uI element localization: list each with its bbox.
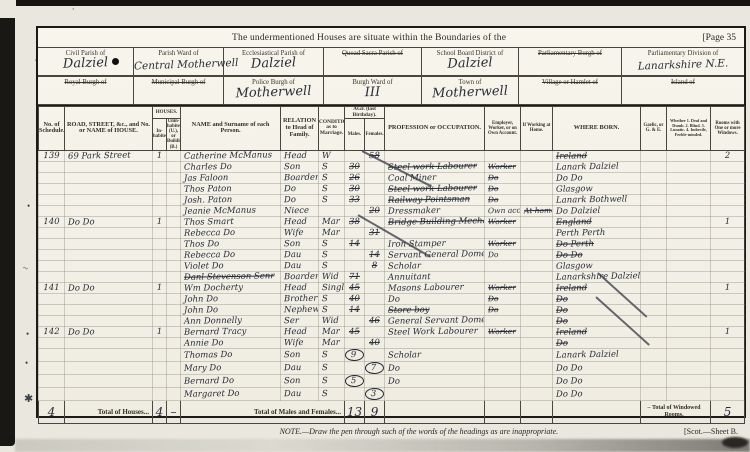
table-row: Thos Do Son S 14 Iron Stamper Worker Do … — [39, 238, 745, 249]
cell-age-female — [365, 194, 385, 205]
cell-address — [65, 194, 153, 205]
table-row: Thos Paton Do S 30 Steel work Labourer D… — [39, 183, 745, 194]
col-occupation: PROFESSION or OCCUPATION. — [385, 107, 485, 151]
col-home: If Working at Home. — [521, 107, 553, 151]
cell-rooms: 1 — [711, 326, 745, 337]
cell-condition: S — [319, 183, 345, 194]
column-headers: No. of Schedule. ROAD, STREET, &c., and … — [39, 107, 745, 151]
margin-mark: ✱ — [24, 392, 33, 405]
cell-relation: Son — [281, 161, 319, 172]
cell-infirmity — [667, 260, 711, 271]
header-field: Village or Hamlet of — [519, 77, 622, 105]
header-field: Parliamentary Division ofLanarkshire N.E… — [622, 48, 744, 76]
margin-mark: ` — [67, 6, 76, 16]
header-field: Parliamentary Burgh of — [519, 48, 622, 76]
cell-name: Annie Do — [181, 337, 281, 348]
header-field-value: Motherwell — [224, 83, 323, 101]
cell-age-male: 71 — [345, 271, 365, 282]
cell-address: Do Do — [65, 216, 153, 227]
cell-employer: Worker — [485, 282, 521, 293]
cell-home — [521, 337, 553, 348]
cell-relation: Son — [281, 238, 319, 249]
cell-employer: Do — [485, 304, 521, 315]
cell-age-female — [365, 374, 385, 387]
cell-schedule — [39, 183, 65, 194]
footer-note-row: NOTE.—Draw the pen through such of the w… — [38, 424, 744, 438]
cell-condition: Wid — [319, 315, 345, 326]
scan-smudge-bottom — [15, 439, 750, 452]
cell-condition: S — [319, 260, 345, 271]
cell-uninhabited — [167, 172, 181, 183]
header-field-label: Village or Hamlet of — [519, 77, 621, 86]
header-field-value: Dalziel — [422, 54, 518, 72]
cell-inhabited: 1 — [153, 216, 167, 227]
header-field: Parish Ward ofCentral Motherwell — [134, 48, 224, 76]
cell-schedule — [39, 260, 65, 271]
cell-rooms — [711, 304, 745, 315]
cell-infirmity — [667, 161, 711, 172]
scan-edge-left — [0, 18, 15, 446]
cell-schedule — [39, 361, 65, 374]
cell-rooms — [711, 293, 745, 304]
cell-occupation: Do — [385, 374, 485, 387]
margin-mark: • — [26, 329, 29, 339]
cell-gaelic — [641, 282, 667, 293]
cell-inhabited — [153, 387, 167, 400]
cell-infirmity — [667, 216, 711, 227]
cell-condition: S — [319, 304, 345, 315]
cell-address — [65, 227, 153, 238]
cell-age-female — [365, 161, 385, 172]
cell-home — [521, 249, 553, 260]
cell-infirmity — [667, 326, 711, 337]
cell-age-female — [365, 282, 385, 293]
header-field: Island of — [622, 77, 744, 105]
table-row: Margaret Do Dau S 3 Do Do — [39, 387, 745, 400]
header-field-label: Municipal Burgh of — [134, 77, 223, 86]
header-field-value: Motherwell — [422, 83, 518, 101]
cell-rooms — [711, 227, 745, 238]
cell-age-male: 26 — [345, 172, 365, 183]
cell-uninhabited — [167, 249, 181, 260]
sheet-label: [Scot.—Sheet B. — [684, 427, 738, 436]
cell-occupation: Dressmaker — [385, 205, 485, 216]
cell-age-male — [345, 315, 365, 326]
cell-uninhabited — [167, 315, 181, 326]
cell-inhabited — [153, 304, 167, 315]
cell-uninhabited — [167, 227, 181, 238]
cell-born: Do Do — [553, 249, 641, 260]
cell-schedule — [39, 271, 65, 282]
cell-uninhabited — [167, 205, 181, 216]
cell-inhabited — [153, 348, 167, 361]
header-field: School Board District ofDalziel — [422, 48, 519, 76]
cell-rooms: 1 — [711, 216, 745, 227]
form-title: The undermentioned Houses are situate wi… — [232, 33, 506, 43]
cell-home — [521, 161, 553, 172]
cell-rooms — [711, 194, 745, 205]
cell-age-female: 8 — [365, 260, 385, 271]
totals-mf-label: Total of Males and Females... — [181, 400, 345, 423]
cell-condition: S — [319, 348, 345, 361]
cell-uninhabited — [167, 161, 181, 172]
col-inhabited: In-habited. — [153, 119, 167, 150]
cell-gaelic — [641, 293, 667, 304]
cell-infirmity — [667, 282, 711, 293]
cell-employer — [485, 315, 521, 326]
totals-empty — [385, 400, 485, 423]
cell-gaelic — [641, 216, 667, 227]
cell-age-female: 46 — [365, 315, 385, 326]
cell-schedule — [39, 172, 65, 183]
cell-schedule — [39, 249, 65, 260]
table-row: Violet Do Dau S 8 Scholar Glasgow — [39, 260, 745, 271]
cell-home — [521, 348, 553, 361]
totals-row: 4 Total of Houses... 4 – Total of Males … — [39, 400, 745, 423]
cell-relation: Wife — [281, 227, 319, 238]
cell-occupation: General Servant Domestic — [385, 315, 485, 326]
cell-age-female — [365, 293, 385, 304]
col-schedule: No. of Schedule. — [39, 107, 65, 151]
cell-infirmity — [667, 387, 711, 400]
cell-age-female: 40 — [365, 337, 385, 348]
header-fields-row2: Royal Burgh ofMunicipal Burgh ofPolice B… — [38, 77, 744, 106]
cell-age-female: 3 — [365, 387, 385, 400]
header-field: Burgh Ward ofIII — [324, 77, 422, 105]
cell-age-male — [345, 249, 365, 260]
margin-mark: ~ — [21, 262, 29, 273]
cell-relation: Head — [281, 150, 319, 161]
cell-inhabited — [153, 249, 167, 260]
cell-address — [65, 315, 153, 326]
cell-address — [65, 172, 153, 183]
cell-gaelic — [641, 260, 667, 271]
cell-schedule — [39, 194, 65, 205]
cell-born: Do — [553, 337, 641, 348]
cell-rooms — [711, 374, 745, 387]
cell-relation: Dau — [281, 361, 319, 374]
cell-infirmity — [667, 183, 711, 194]
cell-relation: Head — [281, 216, 319, 227]
cell-infirmity — [667, 172, 711, 183]
cell-relation: Ser — [281, 315, 319, 326]
cell-age-female — [365, 304, 385, 315]
cell-age-female — [365, 326, 385, 337]
cell-born: Do Do — [553, 361, 641, 374]
cell-relation: Head — [281, 282, 319, 293]
cell-uninhabited — [167, 326, 181, 337]
cell-name: Thos Do — [181, 238, 281, 249]
cell-born: Do Do — [553, 374, 641, 387]
cell-born: Lanark Dalziel — [553, 161, 641, 172]
cell-home — [521, 304, 553, 315]
cell-address: Do Do — [65, 326, 153, 337]
cell-occupation: Masons Labourer — [385, 282, 485, 293]
col-relation: RELATION to Head of Family. — [281, 107, 319, 151]
cell-condition — [319, 205, 345, 216]
cell-employer — [485, 387, 521, 400]
cell-rooms — [711, 249, 745, 260]
cell-relation: Niece — [281, 205, 319, 216]
totals-houses-uninhabited: – — [167, 400, 181, 423]
cell-employer: Do — [485, 249, 521, 260]
cell-home — [521, 183, 553, 194]
cell-home — [521, 227, 553, 238]
cell-rooms — [711, 238, 745, 249]
cell-address — [65, 271, 153, 282]
cell-name: Josh. Paton — [181, 194, 281, 205]
cell-condition: S — [319, 161, 345, 172]
cell-condition: Wid — [319, 271, 345, 282]
cell-uninhabited — [167, 304, 181, 315]
cell-address — [65, 374, 153, 387]
table-row: Mary Do Dau S 7 Do Do Do — [39, 361, 745, 374]
cell-employer: Worker — [485, 326, 521, 337]
col-condition: CONDITION as to Marriage. — [319, 107, 345, 151]
header-field: Ecclesiastical Parish ofDalziel — [224, 48, 324, 76]
cell-condition: Mar — [319, 337, 345, 348]
cell-inhabited — [153, 161, 167, 172]
cell-relation: Son — [281, 374, 319, 387]
cell-relation: Dau — [281, 387, 319, 400]
header-field: Municipal Burgh of — [134, 77, 224, 105]
cell-age-female — [365, 238, 385, 249]
col-employer: Employer, Worker, or on Own Account. — [485, 107, 521, 151]
cell-home — [521, 374, 553, 387]
cell-home — [521, 194, 553, 205]
cell-name: Rebecca Do — [181, 227, 281, 238]
cell-employer — [485, 260, 521, 271]
cell-home — [521, 238, 553, 249]
cell-employer: Worker — [485, 238, 521, 249]
cell-uninhabited — [167, 348, 181, 361]
cell-born: England — [553, 216, 641, 227]
cell-inhabited: 1 — [153, 150, 167, 161]
cell-inhabited — [153, 271, 167, 282]
cell-infirmity — [667, 304, 711, 315]
col-born: WHERE BORN. — [553, 107, 641, 151]
form-title-row: The undermentioned Houses are situate wi… — [38, 28, 744, 48]
cell-uninhabited — [167, 387, 181, 400]
cell-occupation — [385, 337, 485, 348]
cell-address — [65, 348, 153, 361]
cell-home — [521, 387, 553, 400]
cell-relation: Do — [281, 183, 319, 194]
header-field-label: Parish Ward of — [134, 48, 223, 57]
cell-name: Wm Docherty — [181, 282, 281, 293]
cell-occupation: Do — [385, 293, 485, 304]
header-field: Town ofMotherwell — [422, 77, 519, 105]
cell-uninhabited — [167, 271, 181, 282]
cell-born: Do Do — [553, 172, 641, 183]
cell-age-male: 9 — [345, 348, 365, 361]
totals-houses-inhabited: 4 — [153, 400, 167, 423]
cell-infirmity — [667, 205, 711, 216]
cell-uninhabited — [167, 282, 181, 293]
cell-employer: Do — [485, 194, 521, 205]
cell-address — [65, 304, 153, 315]
table-row: Jeanie McManus Niece 20 Dressmaker Own a… — [39, 205, 745, 216]
cell-infirmity — [667, 361, 711, 374]
cell-age-male: 30 — [345, 161, 365, 172]
cell-home — [521, 172, 553, 183]
cell-schedule: 139 — [39, 150, 65, 161]
cell-gaelic — [641, 150, 667, 161]
cell-address — [65, 361, 153, 374]
cell-gaelic — [641, 374, 667, 387]
cell-address — [65, 238, 153, 249]
col-houses: HOUSES. — [153, 107, 181, 119]
cell-gaelic — [641, 361, 667, 374]
cell-rooms — [711, 271, 745, 282]
cell-infirmity — [667, 249, 711, 260]
cell-address: 69 Park Street — [65, 150, 153, 161]
cell-home — [521, 315, 553, 326]
cell-age-female — [365, 271, 385, 282]
cell-relation: Son — [281, 348, 319, 361]
col-age: AGE (last Birthday). — [345, 107, 385, 119]
cell-address — [65, 249, 153, 260]
cell-inhabited — [153, 361, 167, 374]
table-row: Bernard Do Son S 5 Do Do Do — [39, 374, 745, 387]
table-row: 140 Do Do 1 Thos Smart Head Mar 38 Bridg… — [39, 216, 745, 227]
cell-born: Ireland — [553, 326, 641, 337]
table-row: Jas Faloon Boarder S 26 Coal Miner Do Do… — [39, 172, 745, 183]
cell-rooms — [711, 387, 745, 400]
totals-schedule-mark: 4 — [39, 400, 65, 423]
header-field: Civil Parish ofDalziel — [38, 48, 134, 76]
table-row: Ann Donnelly Ser Wid 46 General Servant … — [39, 315, 745, 326]
cell-condition: Mar — [319, 227, 345, 238]
cell-born: Ireland — [553, 150, 641, 161]
cell-condition: S — [319, 293, 345, 304]
scan-edge-top — [14, 0, 750, 6]
cell-uninhabited — [167, 183, 181, 194]
cell-uninhabited — [167, 150, 181, 161]
cell-age-female — [365, 183, 385, 194]
cell-home — [521, 282, 553, 293]
cell-occupation: Annuitant — [385, 271, 485, 282]
col-females: Females. — [365, 119, 385, 150]
header-field-label: Parliamentary Burgh of — [519, 48, 621, 57]
cell-relation: Nephew — [281, 304, 319, 315]
scanned-census-page: ` ˈ • ~ • • ✱ The undermentioned Houses … — [0, 0, 750, 452]
totals-females: 9 — [365, 400, 385, 423]
cell-name: John Do — [181, 304, 281, 315]
cell-rooms — [711, 348, 745, 361]
cell-relation: Boarder — [281, 172, 319, 183]
cell-age-female — [365, 348, 385, 361]
cell-condition: W — [319, 150, 345, 161]
cell-infirmity — [667, 238, 711, 249]
cell-schedule: 142 — [39, 326, 65, 337]
cell-inhabited — [153, 194, 167, 205]
margin-mark: • — [27, 201, 30, 211]
cell-gaelic — [641, 205, 667, 216]
cell-rooms: 2 — [711, 150, 745, 161]
cell-occupation: Railway Pointsman — [385, 194, 485, 205]
cell-schedule — [39, 374, 65, 387]
col-name: NAME and Surname of each Person. — [181, 107, 281, 151]
cell-gaelic — [641, 183, 667, 194]
cell-employer: Do — [485, 293, 521, 304]
cell-age-male: 5 — [345, 374, 365, 387]
cell-name: Thos Smart — [181, 216, 281, 227]
cell-age-male — [345, 260, 365, 271]
header-field-label: Parliamentary Division of — [622, 48, 744, 57]
cell-born: Lanark Dalziel — [553, 348, 641, 361]
cell-name: Violet Do — [181, 260, 281, 271]
cell-occupation: Do — [385, 361, 485, 374]
totals-houses-label: Total of Houses... — [65, 400, 153, 423]
cell-schedule — [39, 304, 65, 315]
cell-rooms — [711, 361, 745, 374]
cell-infirmity — [667, 293, 711, 304]
cell-uninhabited — [167, 361, 181, 374]
cell-rooms — [711, 205, 745, 216]
cell-employer — [485, 271, 521, 282]
cell-condition: S — [319, 194, 345, 205]
footer-note: NOTE.—Draw the pen through such of the w… — [280, 427, 559, 436]
cell-home — [521, 271, 553, 282]
cell-home — [521, 293, 553, 304]
table-row: 139 69 Park Street 1 Catherine McManus H… — [39, 150, 745, 161]
cell-gaelic — [641, 238, 667, 249]
cell-uninhabited — [167, 260, 181, 271]
header-field-value: Central Motherwell — [134, 57, 223, 72]
cell-rooms — [711, 337, 745, 348]
header-field-value: III — [324, 83, 421, 101]
cell-relation: Brother — [281, 293, 319, 304]
cell-relation: Dau — [281, 260, 319, 271]
cell-employer — [485, 361, 521, 374]
cell-schedule — [39, 227, 65, 238]
col-uninhabited: Unin-habited (U.), or Building (B.) — [167, 119, 181, 150]
cell-born: Glasgow — [553, 260, 641, 271]
table-row: Annie Do Wife Mar 40 Do — [39, 337, 745, 348]
cell-infirmity — [667, 348, 711, 361]
totals-windowed-rooms: 5 — [711, 400, 745, 423]
cell-home: At home — [521, 205, 553, 216]
cell-gaelic — [641, 315, 667, 326]
cell-age-male: 14 — [345, 238, 365, 249]
cell-rooms — [711, 260, 745, 271]
cell-condition: S — [319, 387, 345, 400]
cell-rooms — [711, 172, 745, 183]
cell-name: Bernard Do — [181, 374, 281, 387]
cell-age-female — [365, 172, 385, 183]
cell-home — [521, 260, 553, 271]
cell-name: Jas Faloon — [181, 172, 281, 183]
cell-inhabited — [153, 227, 167, 238]
cell-age-male: 30 — [345, 183, 365, 194]
cell-born: Ireland — [553, 282, 641, 293]
cell-rooms: 1 — [711, 282, 745, 293]
cell-address — [65, 205, 153, 216]
cell-gaelic — [641, 271, 667, 282]
cell-born: Do Perth — [553, 238, 641, 249]
cell-home — [521, 216, 553, 227]
cell-infirmity — [667, 194, 711, 205]
cell-gaelic — [641, 348, 667, 361]
cell-condition: Single — [319, 282, 345, 293]
table-row: Rebecca Do Dau S 14 Servant General Dome… — [39, 249, 745, 260]
cell-uninhabited — [167, 238, 181, 249]
cell-relation: Dau — [281, 249, 319, 260]
cell-employer: Own acct — [485, 205, 521, 216]
header-field-label: Quoad Sacra Parish of — [324, 48, 421, 57]
cell-condition: S — [319, 361, 345, 374]
